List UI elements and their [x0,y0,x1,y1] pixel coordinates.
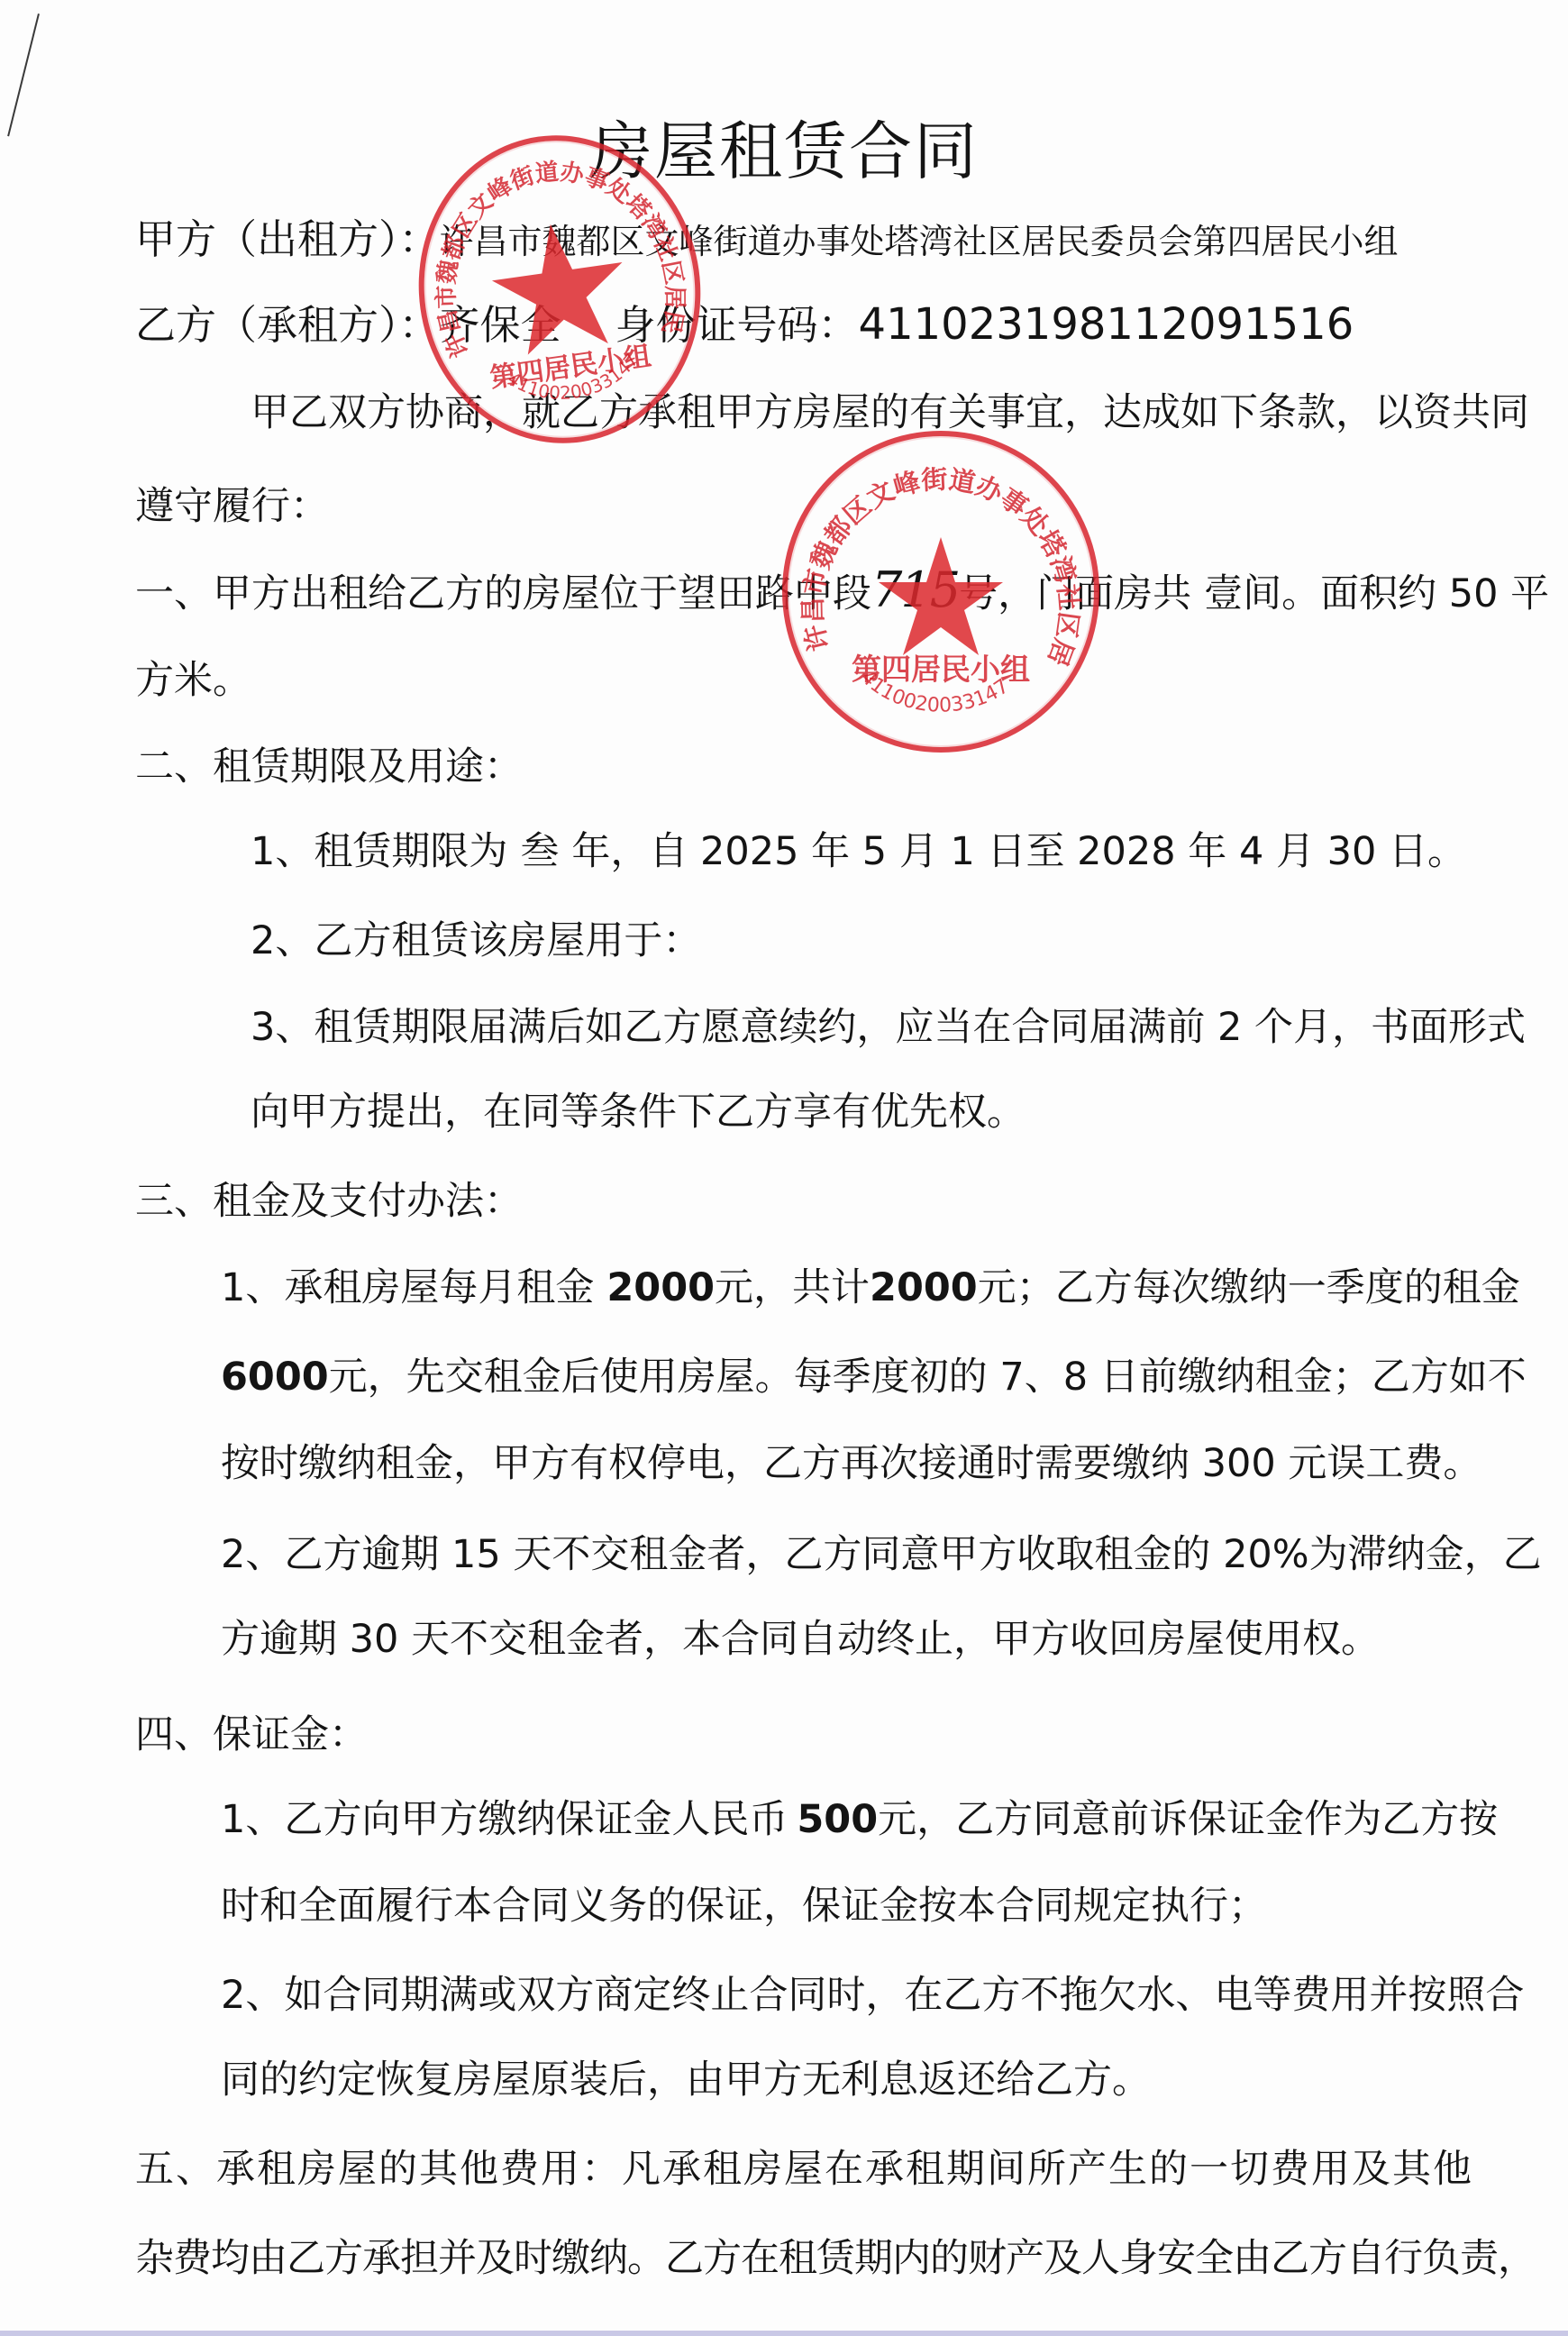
section-4-item-2-line-1: 2、如合同期满或双方商定终止合同时，在乙方不拖欠水、电等费用并按照合 [221,1970,1524,2021]
document-title: 房屋租赁合同 [0,115,1568,187]
rent-text-2: 元，共计 [715,1265,870,1310]
seal-2-code: 4110020033147 [856,666,1013,717]
section-4-item-2-line-2: 同的约定恢复房屋原装后，由甲方无利息返还给乙方。 [221,2055,1151,2105]
term-years: 叁 [520,829,559,874]
party-b-label: 乙方（承租方）： [135,301,440,349]
party-b-id-number: 411023198112091516 [859,299,1354,350]
section-3-item-1-line-1: 1、承租房屋每月租金2000元，共计2000元；乙方每次缴纳一季度的租金 [221,1263,1520,1313]
rent-text-4: 元，先交租金后使用房屋。每季度初的 7、8 日前缴纳租金；乙方如不 [329,1355,1527,1400]
rent-text-1: 1、承租房屋每月租金 [221,1265,594,1310]
preamble-line-2: 遵守履行： [135,481,329,532]
section-3-item-1-line-2: 6000元，先交租金后使用房屋。每季度初的 7、8 日前缴纳租金；乙方如不 [221,1352,1527,1402]
section-1-middle: 号，门面房共 [959,571,1191,616]
rent-text-3: 元；乙方每次缴纳一季度的租金 [978,1265,1520,1310]
section-2-item-1: 1、租赁期限为叁年，自 2025 年 5 月 1 日至 2028 年 4 月 3… [251,826,1466,877]
section-2-heading: 二、租赁期限及用途： [135,742,523,792]
party-b-line: 乙方（承租方）：齐保全身份证号码：411023198112091516 [135,299,1354,351]
section-3-item-2-line-2: 方逾期 30 天不交租金者，本合同自动终止，甲方收回房屋使用权。 [221,1614,1380,1665]
section-4-heading: 四、保证金： [135,1710,368,1760]
quarterly-rent: 6000 [221,1355,329,1400]
section-3-item-1-line-3: 按时缴纳租金，甲方有权停电，乙方再次接通时需要缴纳 300 元误工费。 [221,1438,1481,1489]
deposit-text-2: 元，乙方同意前诉保证金作为乙方按 [878,1797,1498,1842]
party-a-label: 甲方（出租方）： [135,215,440,263]
deposit-text-1: 1、乙方向甲方缴纳保证金人民币 [221,1797,788,1842]
section-5-line-2: 杂费均由乙方承担并及时缴纳。乙方在租赁期内的财产及人身安全由乙方自行负责， [135,2233,1536,2284]
section-1-prefix: 一、甲方出租给乙方的房屋位于望田路中段 [135,571,871,616]
deposit-amount: 500 [797,1797,878,1842]
section-1-line-1: 一、甲方出租给乙方的房屋位于望田路中段715号，门面房共壹间。面积约 50 平 [135,565,1549,619]
term-prefix: 1、租赁期限为 [251,829,507,874]
section-5-line-1: 五、承租房屋的其他费用：凡承租房屋在承租期间所产生的一切费用及其他 [135,2144,1473,2195]
monthly-rent: 2000 [606,1265,715,1310]
section-2-item-3-line-1: 3、租赁期限届满后如乙方愿意续约，应当在合同届满前 2 个月，书面形式 [251,1002,1526,1053]
total-rent: 2000 [870,1265,978,1310]
party-b-id-label: 身份证号码： [615,301,859,349]
section-1-line-2: 方米。 [135,655,251,706]
seal-2-center-text: 第四居民小组 [852,652,1030,687]
handwritten-house-number: 715 [871,561,959,618]
svg-text:许昌市魏都区文峰街道办事处塔湾社区居民委员会: 许昌市魏都区文峰街道办事处塔湾社区居民委员会 [774,412,1084,670]
party-a-line: 甲方（出租方）：许昌市魏都区文峰街道办事处塔湾社区居民委员会第四居民小组 [135,214,1399,267]
seal-2-ring-text: 许昌市魏都区文峰街道办事处塔湾社区居民委员会 [774,412,1084,670]
section-2-item-2: 2、乙方租赁该房屋用于： [251,916,701,966]
scan-bottom-edge [0,2331,1568,2336]
term-dates: 年，自 2025 年 5 月 1 日至 2028 年 4 月 30 日。 [571,829,1466,874]
section-4-item-1-line-2: 时和全面履行本合同义务的保证，保证金按本合同规定执行； [221,1881,1267,1931]
svg-text:4110020033147: 4110020033147 [856,666,1013,717]
section-3-heading: 三、租金及支付办法： [135,1176,523,1227]
preamble-line-1: 甲乙双方协商，就乙方承租甲方房屋的有关事宜，达成如下条款，以资共同 [251,388,1529,438]
section-1-rooms: 壹间 [1204,571,1281,616]
section-2-item-3-line-2: 向甲方提出，在同等条件下乙方享有优先权。 [251,1087,1026,1137]
section-1-suffix: 。面积约 50 平 [1281,571,1549,616]
party-b-name: 齐保全 [440,301,561,349]
party-a-value: 许昌市魏都区文峰街道办事处塔湾社区居民委员会第四居民小组 [440,222,1399,261]
section-3-item-2-line-1: 2、乙方逾期 15 天不交租金者，乙方同意甲方收取租金的 20%为滞纳金，乙 [221,1529,1542,1580]
section-4-item-1-line-1: 1、乙方向甲方缴纳保证金人民币500元，乙方同意前诉保证金作为乙方按 [221,1794,1498,1845]
